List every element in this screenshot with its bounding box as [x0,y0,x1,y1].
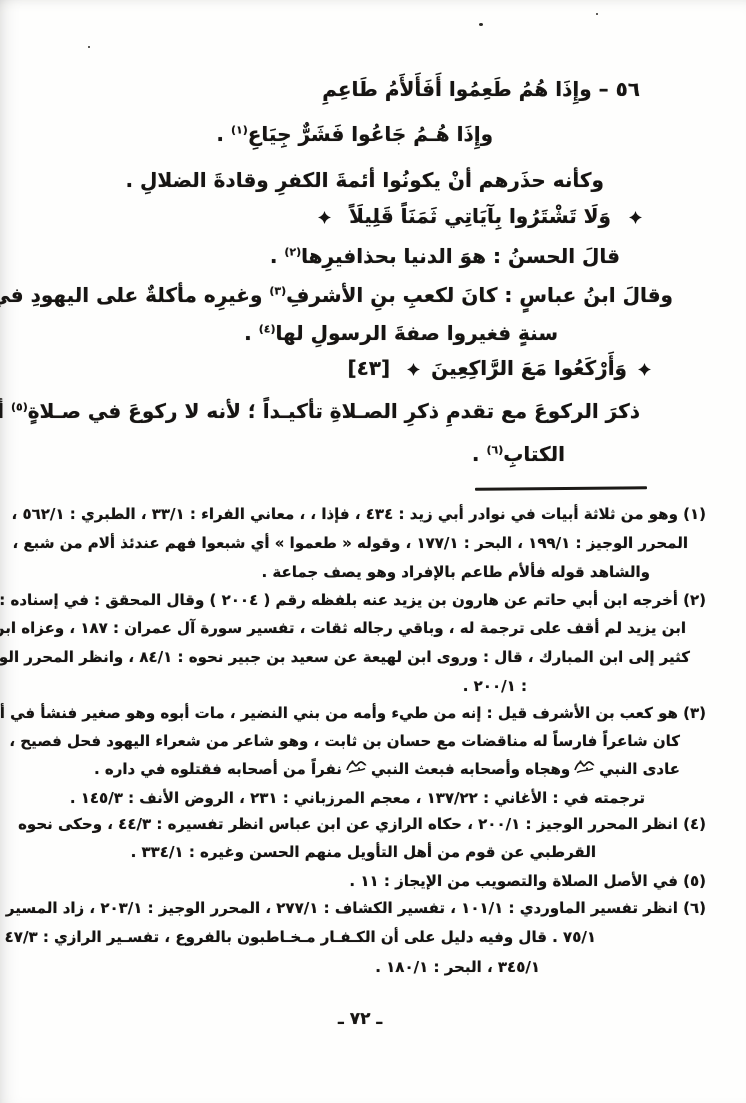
poem-line-2-text: وإِذَا هُـمُ جَاعُوا فَشَرٌّ جِيَاعِ [248,122,493,146]
footnote-3-line-3b: وهجاه وأصحابه فبعث النبي [371,760,570,778]
ibn-abbas-text-1: وقالَ ابنُ عباسٍ : كانَ لكعبِ بنِ الأشرف… [286,283,673,307]
footnote-4-line-2: القرطبي عن قوم من أهل التأويل منهم الحسن… [131,842,596,862]
scanned-book-page: ٥٦ – وإِذَا هُمُ طَعِمُوا أَفَأَلأَمُ طَ… [0,0,746,1103]
footnote-2-line-4: : ٢٠٠/١ . [463,676,527,696]
footnote-ref-4: (٤) [259,322,276,335]
footnote-5-line-1: (٥) في الأصل الصلاة والتصويب من الإيجاز … [349,871,706,891]
page-number: ـ ٧٢ ـ [338,1008,382,1031]
footnote-ref-3: (٣) [269,284,286,297]
footnote-3-line-3a: عادى النبي [599,760,680,778]
footnote-3-line-1: (٣) هو كعب بن الأشرف قيل : إنه من طيء وأ… [0,703,706,723]
footnote-2-line-3: كثير إلى ابن المبارك ، قال : وروى ابن له… [0,647,690,667]
ornate-close-bracket-icon [318,204,331,231]
ibn-abbas-line-1: وقالَ ابنُ عباسٍ : كانَ لكعبِ بنِ الأشرف… [0,282,673,309]
scan-speck [596,13,598,15]
ibn-abbas-text-2-period: . [244,321,259,345]
ibn-abbas-line-2: سنةٍ فغيروا صفةَ الرسولِ لها(٤) . [244,320,558,347]
quran-verse-2: وَأَرْكَعُوا مَعَ الرَّاكِعِينَ[٤٣] [347,355,662,383]
footnote-ref-1: (١) [231,123,248,136]
footnote-3-line-3: عادى النبيوهجاه وأصحابه فبعث النبينفراً … [94,759,680,780]
commentary-2-line-2: الكتابِ(٦) . [472,441,565,468]
poem-line-2: وإِذَا هُـمُ جَاعُوا فَشَرٌّ جِيَاعِ(١) … [216,121,493,148]
scan-speck [88,46,90,48]
commentary-2-text-1b: أهلِ [0,399,11,423]
commentary-2-text-2: الكتابِ [503,442,565,466]
footnote-6-line-3: ٣٤٥/١ ، البحر : ١٨٠/١ . [375,957,540,977]
ibn-abbas-text-2: سنةٍ فغيروا صفةَ الرسولِ لها [275,321,558,345]
ornate-open-bracket-icon [638,356,651,383]
footnote-2-line-1: (٢) أخرجه ابن أبي حاتم عن هارون بن يزيد … [0,590,706,610]
hasan-saying-text: قالَ الحسنُ : هوَ الدنيا بحذافيرِها [301,244,620,268]
footnote-ref-6: (٦) [486,443,503,456]
commentary-2-text-2-period: . [472,442,487,466]
footnote-ref-5: (٥) [11,400,28,413]
commentary-2-line-1: ذكرَ الركوعَ مع تقدمِ ذكرِ الصـلاةِ تأكي… [0,398,640,425]
footnote-1-line-2: المحرر الوجيز : ١٩٩/١ ، البحر : ١٧٧/١ ، … [12,533,688,553]
quran-verse-1: وَلَا تَشْتَرُوا بِآيَاتِي ثَمَنَاً قَلِ… [300,203,660,231]
footnote-3-line-2: كان شاعراً فارساً له مناقضات مع حسان بن … [9,731,680,751]
commentary-line: وكأنه حذَرهم أنْ يكونُوا أئمةَ الكفرِ وق… [125,167,604,194]
prophet-honorific-icon [346,759,367,779]
prophet-honorific-icon [574,759,595,779]
poem-line-2-period: . [216,122,231,146]
ornate-open-bracket-icon [629,204,642,231]
ibn-abbas-text-1b: وغيرِه مأكلةٌ على اليهودِ في كلِّ [0,283,269,307]
commentary-2-text-1: ذكرَ الركوعَ مع تقدمِ ذكرِ الصـلاةِ تأكي… [28,399,640,423]
footnote-ref-2: (٢) [284,245,301,258]
footnote-1-line-1: (١) وهو من ثلاثة أبيات في نوادر أبي زيد … [12,504,706,524]
footnote-3-line-3c: نفراً من أصحابه فقتلوه في داره . [94,760,342,778]
footnote-2-line-2: ابن يزيد لم أقف على ترجمة له ، وباقي رجا… [0,618,686,638]
footnote-1-line-3: والشاهد قوله فألأم طاعم بالإفراد وهو يصف… [261,562,650,582]
quran-verse-2-text: وَأَرْكَعُوا مَعَ الرَّاكِعِينَ [431,356,627,380]
quran-verse-1-text: وَلَا تَشْتَرُوا بِآيَاتِي ثَمَنَاً قَلِ… [349,204,611,228]
footnote-3-line-4: ترجمته في : الأغاني : ١٣٧/٢٢ ، معجم المر… [70,788,645,808]
scan-speck [479,23,483,26]
footnote-separator [475,486,647,491]
footnote-6-line-2: ٧٥/١ . قال وفيه دليل على أن الكـفـار مـخ… [0,927,596,947]
footnote-4-line-1: (٤) انظر المحرر الوجيز : ٢٠٠/١ ، حكاه ال… [18,814,706,834]
hasan-saying-period: . [270,244,285,268]
poem-line-1: ٥٦ – وإِذَا هُمُ طَعِمُوا أَفَأَلأَمُ طَ… [322,76,640,103]
ornate-close-bracket-icon [407,356,420,383]
ayah-number: [٤٣] [347,356,390,380]
footnote-6-line-1: (٦) انظر تفسير الماوردي : ١٠١/١ ، تفسير … [0,898,706,918]
hasan-saying-line: قالَ الحسنُ : هوَ الدنيا بحذافيرِها(٢) . [270,243,620,270]
